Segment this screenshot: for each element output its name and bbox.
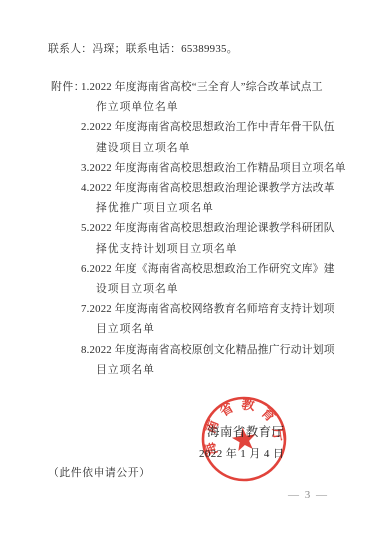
attachment-line: 目立项名单: [96, 319, 346, 339]
attachment-line: 2.2022 年度海南省高校思想政治工作中青年骨干队伍: [81, 117, 346, 137]
page-number: — 3 —: [288, 489, 329, 501]
contact-line: 联系人：冯琛；联系电话：65389935。: [48, 41, 238, 56]
attachment-line: 8.2022 年度海南省高校原创文化精品推广行动计划项: [81, 340, 346, 360]
attachment-line: 4.2022 年度海南省高校思想政治理论课教学方法改革: [81, 178, 346, 198]
disclosure-note: （此件依申请公开）: [48, 465, 151, 480]
signature-agency: 海南省教育厅: [207, 422, 284, 440]
attachment-line: 1.2022 年度海南省高校“三全育人”综合改革试点工: [81, 77, 346, 97]
attachment-line: 择优推广项目立项名单: [96, 198, 346, 218]
signature-date: 2022 年 1 月 4 日: [199, 445, 284, 461]
attachment-list: 1.2022 年度海南省高校“三全育人”综合改革试点工作立项单位名单2.2022…: [81, 77, 346, 380]
document-page: 联系人：冯琛；联系电话：65389935。 附件： 1.2022 年度海南省高校…: [0, 0, 385, 540]
attachment-line: 5.2022 年度海南省高校思想政治理论课教学科研团队: [81, 218, 346, 238]
attachment-line: 设项目立项名单: [96, 279, 346, 299]
attachment-line: 3.2022 年度海南省高校思想政治工作精品项目立项名单: [81, 158, 346, 178]
attachment-line: 作立项单位名单: [96, 97, 346, 117]
attachment-line: 建设项目立项名单: [96, 138, 346, 158]
attachment-line: 择优支持计划项目立项名单: [96, 239, 346, 259]
attachment-line: 6.2022 年度《海南省高校思想政治工作研究文库》建: [81, 259, 346, 279]
attachment-line: 7.2022 年度海南省高校网络教育名师培育支持计划项: [81, 299, 346, 319]
